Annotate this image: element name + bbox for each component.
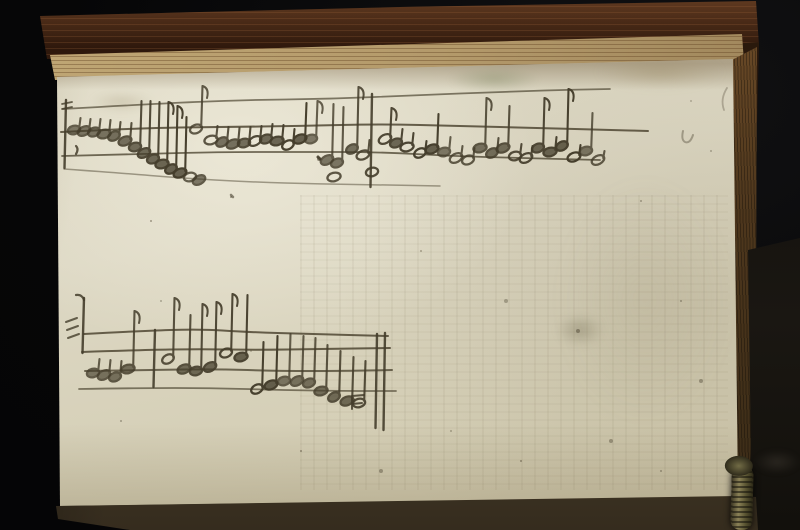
page-stain [448, 66, 540, 92]
page-stain [90, 92, 154, 112]
photo-scene [0, 0, 800, 530]
cover-glint [754, 450, 800, 474]
foxing-specks [150, 220, 152, 222]
manuscript-page [0, 0, 800, 530]
metal-clasp [730, 466, 754, 530]
page-stain [560, 180, 730, 420]
